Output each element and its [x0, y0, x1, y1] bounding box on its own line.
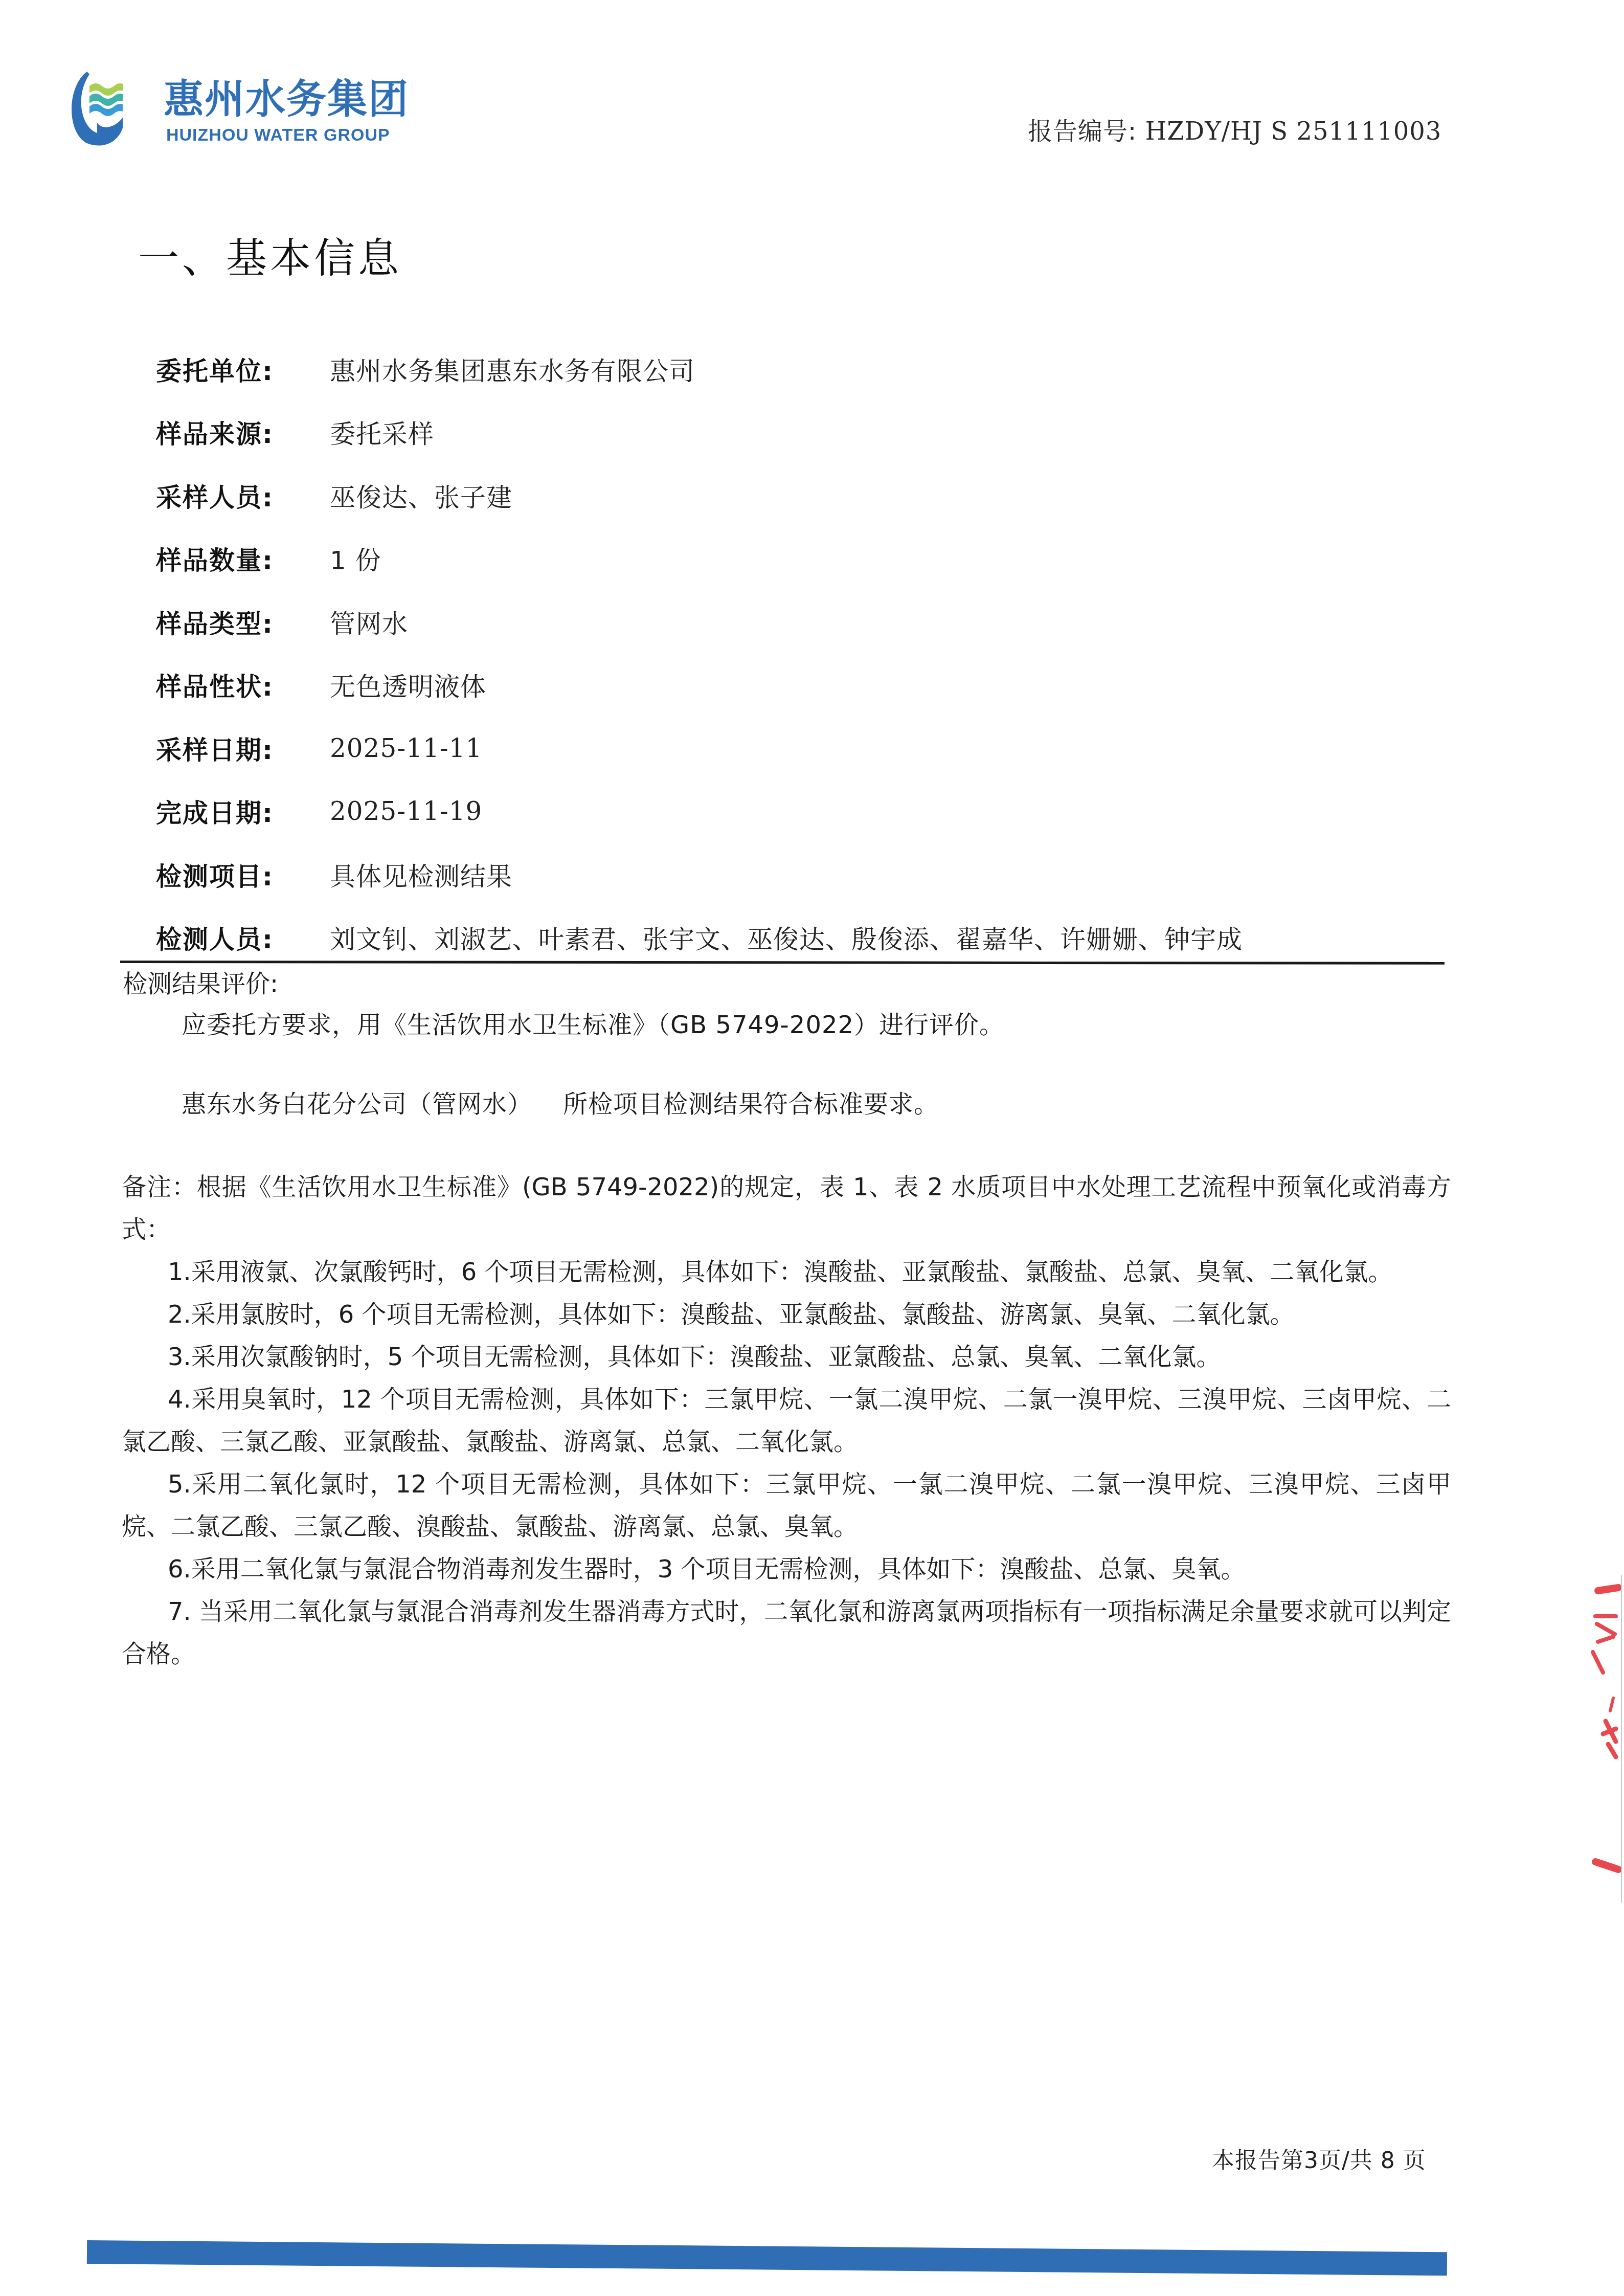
evaluation-verdict: 所检项目检测结果符合标准要求。 [563, 1090, 939, 1119]
evaluation-result: 惠东水务白花分公司（管网水）所检项目检测结果符合标准要求。 [182, 1084, 939, 1120]
note-item: 3.采用次氯酸钠时，5 个项目无需检测，具体如下：溴酸盐、亚氯酸盐、总氯、臭氧、… [122, 1336, 1451, 1378]
info-row-test-items: 检测项目: 具体见检测结果 [156, 843, 1445, 906]
info-label: 采样日期: [156, 730, 330, 767]
section-title: 一、基本信息 [138, 225, 402, 284]
info-row-sample-quantity: 样品数量: 1 份 [156, 527, 1445, 591]
basic-info-list: 委托单位: 惠州水务集团惠东水务有限公司 样品来源: 委托采样 采样人员: 巫俊… [156, 338, 1445, 969]
seal-stamp-icon [1557, 1575, 1623, 1903]
info-value: 2025-11-11 [330, 733, 482, 763]
info-row-sample-appearance: 样品性状: 无色透明液体 [156, 654, 1445, 717]
note-item: 2.采用氯胺时，6 个项目无需检测，具体如下：溴酸盐、亚氯酸盐、氯酸盐、游离氯、… [122, 1294, 1451, 1336]
info-row-client: 委托单位: 惠州水务集团惠东水务有限公司 [156, 338, 1445, 401]
info-label: 检测项目: [156, 856, 330, 893]
report-page: 惠州水务集团 HUIZHOU WATER GROUP 报告编号: HZDY/HJ… [0, 0, 1624, 2296]
info-value: 管网水 [330, 604, 408, 640]
logo-name-cn: 惠州水务集团 [164, 77, 409, 123]
water-drop-wave-icon [66, 66, 123, 148]
info-value: 具体见检测结果 [330, 856, 512, 893]
evaluation-label: 检测结果评价: [123, 964, 278, 999]
info-label: 完成日期: [156, 793, 330, 830]
info-value: 委托采样 [330, 414, 434, 451]
footer-bar [87, 2240, 1447, 2276]
note-item: 6.采用二氧化氯与氯混合物消毒剂发生器时，3 个项目无需检测，具体如下：溴酸盐、… [122, 1548, 1451, 1591]
page-number: 本报告第3页/共 8 页 [1212, 2142, 1426, 2175]
info-label: 委托单位: [156, 351, 330, 388]
report-number: 报告编号: HZDY/HJ S 251111003 [1028, 112, 1441, 147]
info-value: 巫俊达、张子建 [330, 477, 512, 514]
evaluation-basis: 应委托方要求，用《生活饮用水卫生标准》（GB 5749-2022）进行评价。 [182, 1005, 1004, 1040]
note-item: 5.采用二氧化氯时，12 个项目无需检测，具体如下：三氯甲烷、一氯二溴甲烷、二氯… [122, 1463, 1451, 1548]
note-item: 7. 当采用二氧化氯与氯混合消毒剂发生器消毒方式时，二氧化氯和游离氯两项指标有一… [122, 1591, 1451, 1676]
info-row-sample-type: 样品类型: 管网水 [156, 590, 1445, 654]
info-row-testers: 检测人员: 刘文钊、刘淑艺、叶素君、张宇文、巫俊达、殷俊添、翟嘉华、许姗姗、钟宇… [156, 906, 1445, 970]
info-label: 采样人员: [156, 477, 330, 514]
company-logo: 惠州水务集团 HUIZHOU WATER GROUP [66, 66, 435, 159]
info-label: 样品来源: [156, 414, 330, 451]
note-item: 1.采用液氯、次氯酸钙时，6 个项目无需检测，具体如下：溴酸盐、亚氯酸盐、氯酸盐… [122, 1251, 1451, 1294]
info-label: 检测人员: [156, 919, 330, 956]
info-row-sampling-date: 采样日期: 2025-11-11 [156, 717, 1445, 780]
notes-section: 备注：根据《生活饮用水卫生标准》(GB 5749-2022)的规定，表 1、表 … [122, 1166, 1451, 1676]
logo-name-en: HUIZHOU WATER GROUP [166, 125, 390, 145]
report-number-value: HZDY/HJ S 251111003 [1145, 117, 1441, 146]
notes-intro: 备注：根据《生活饮用水卫生标准》(GB 5749-2022)的规定，表 1、表 … [122, 1166, 1451, 1251]
info-row-completion-date: 完成日期: 2025-11-19 [156, 780, 1445, 843]
info-value: 无色透明液体 [330, 666, 486, 703]
report-number-label: 报告编号: [1028, 117, 1137, 146]
info-label: 样品性状: [156, 666, 330, 703]
info-value: 1 份 [330, 540, 381, 577]
info-value: 惠州水务集团惠东水务有限公司 [330, 351, 695, 388]
info-value: 刘文钊、刘淑艺、叶素君、张宇文、巫俊达、殷俊添、翟嘉华、许姗姗、钟宇成 [330, 919, 1243, 956]
info-value: 2025-11-19 [330, 796, 482, 826]
note-item: 4.采用臭氧时，12 个项目无需检测，具体如下：三氯甲烷、一氯二溴甲烷、二氯一溴… [122, 1378, 1451, 1463]
info-row-sample-source: 样品来源: 委托采样 [156, 401, 1445, 464]
info-label: 样品类型: [156, 604, 330, 640]
info-label: 样品数量: [156, 540, 330, 577]
info-row-samplers: 采样人员: 巫俊达、张子建 [156, 464, 1445, 527]
evaluation-site: 惠东水务白花分公司（管网水） [182, 1090, 532, 1119]
